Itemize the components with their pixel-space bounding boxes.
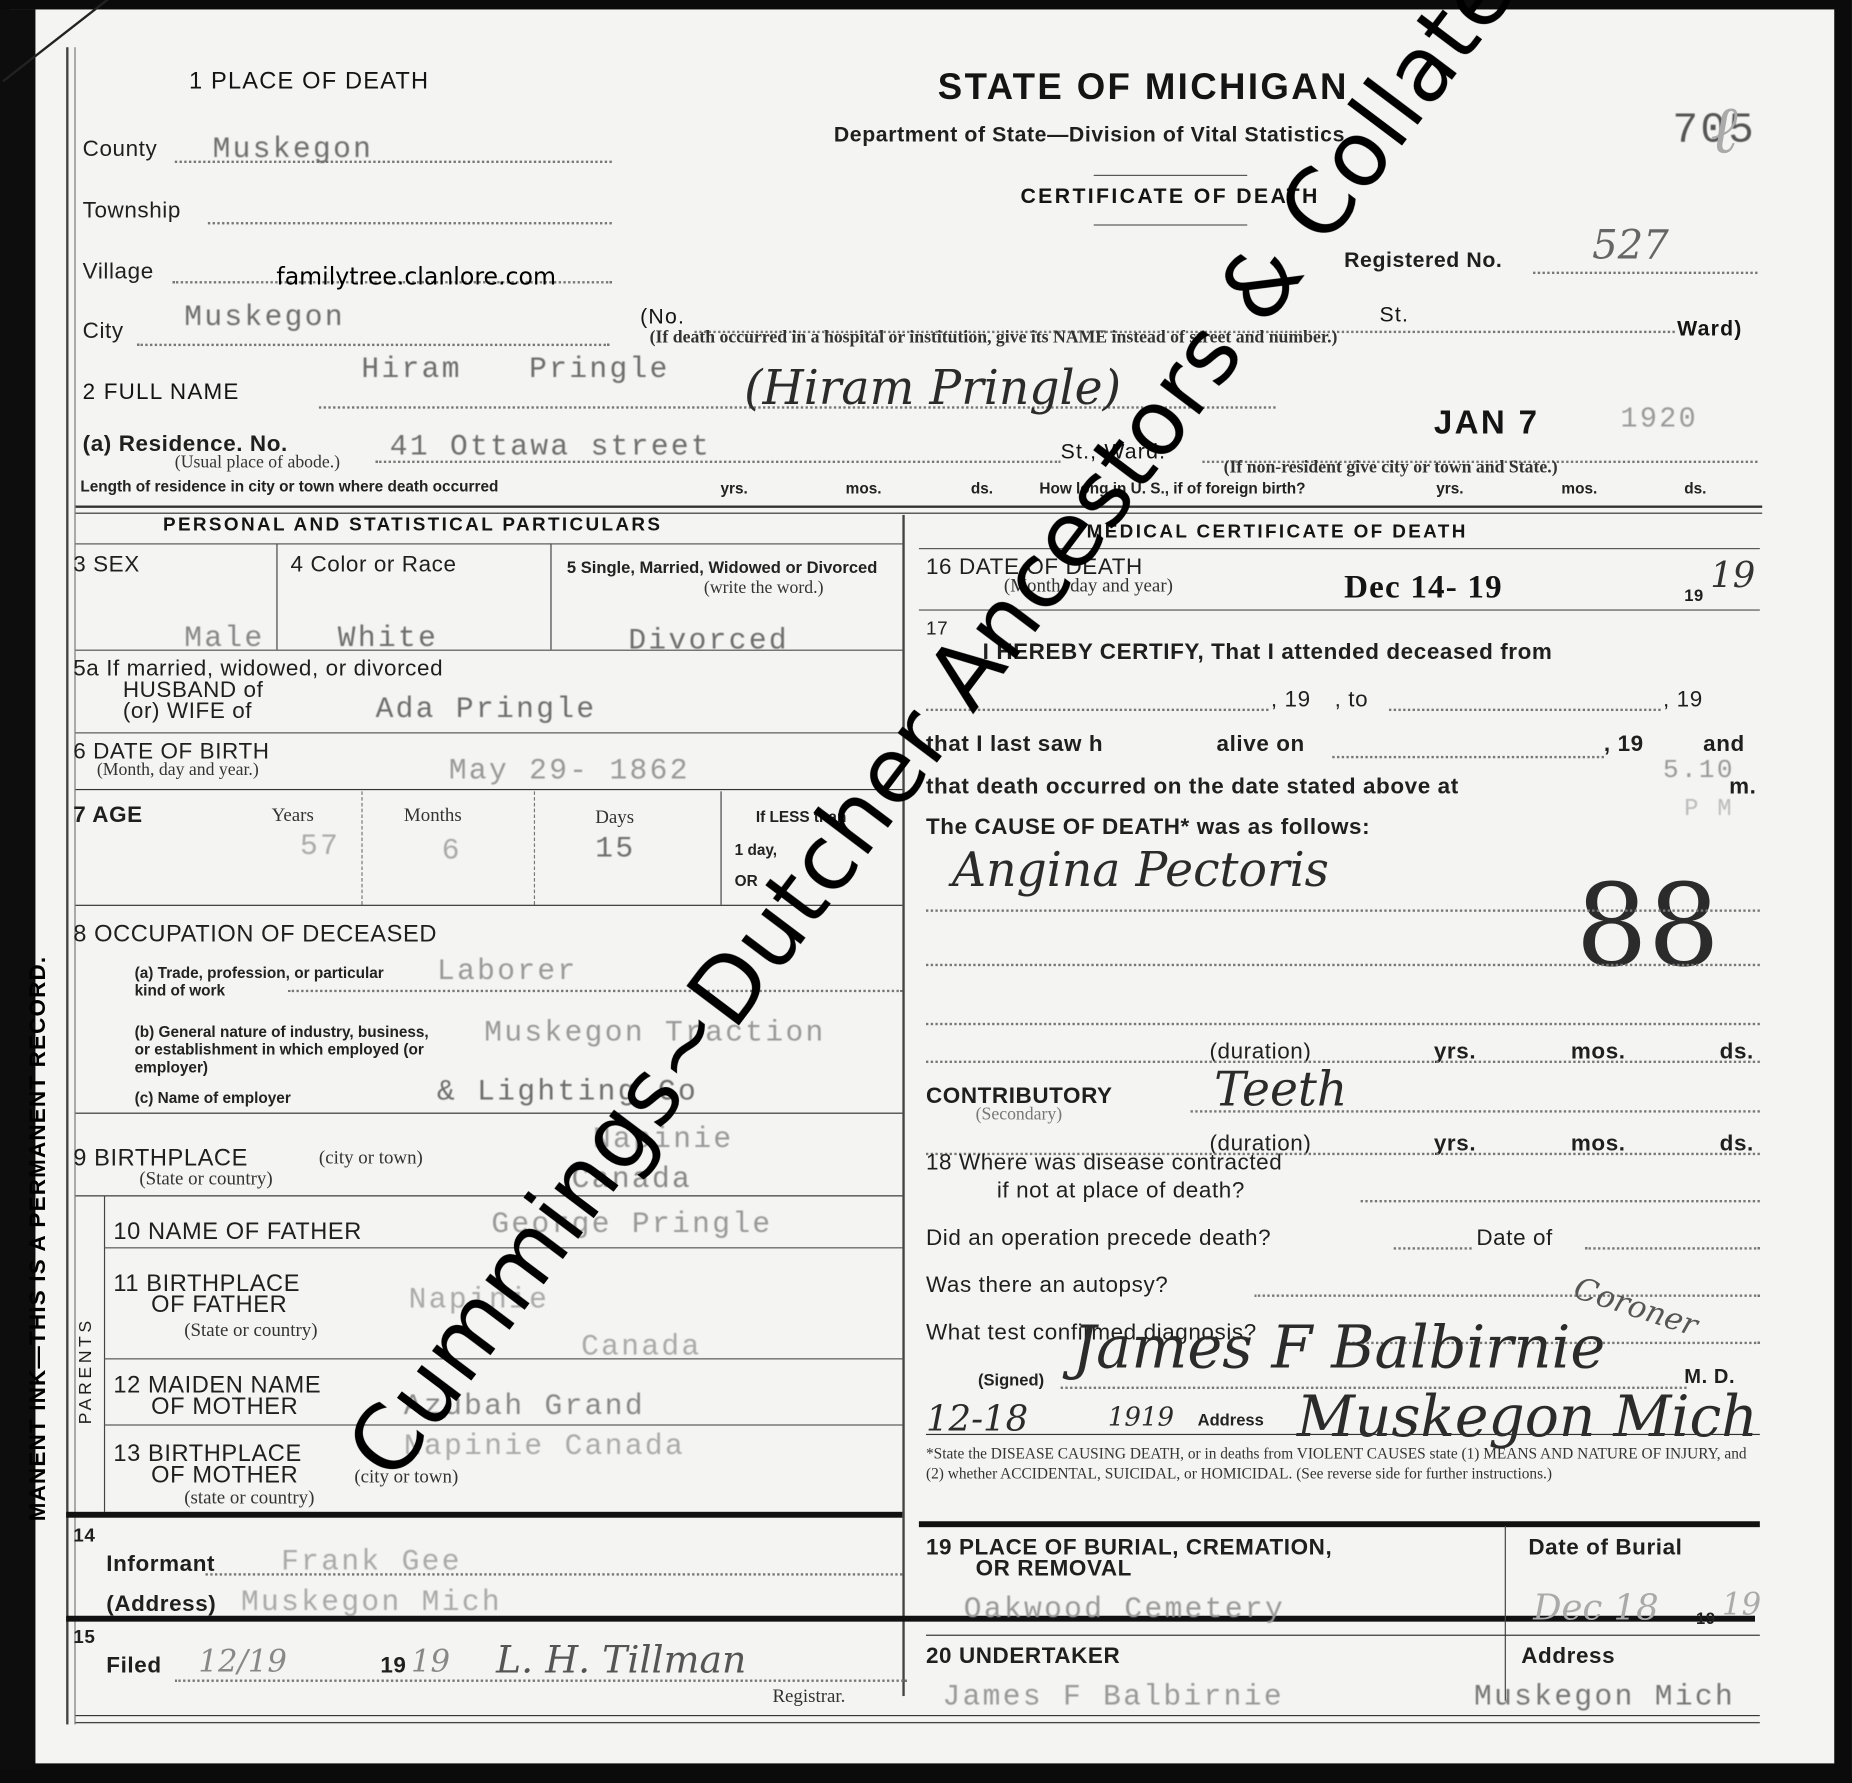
undertaker-address-label: Address [1521,1644,1615,1670]
parents-label: PARENTS [76,1317,96,1424]
age-label: 7 AGE [73,803,142,829]
registrar-label: Registrar. [772,1687,845,1708]
residence-value: 41 Ottawa street [390,430,711,464]
death-certificate: MANENT INK—THIS IS A PERMANENT RECORD. 1… [9,9,1834,1763]
contributory-line [1191,1110,1760,1112]
spouse-row-rule [76,732,903,733]
sign-address-value: Muskegon Mich [1297,1384,1758,1450]
personal-rule [76,543,903,544]
operation-label: Did an operation precede death? [926,1226,1271,1252]
occ-b-label: (b) General nature of industry, business… [135,1023,444,1076]
age-div-3 [720,791,721,904]
informant-address-label: (Address) [106,1592,216,1618]
alive-on-label: alive on [1217,732,1305,758]
city-line [137,344,609,346]
medical-section-title: MEDICAL CERTIFICATE OF DEATH [1087,522,1468,543]
autopsy-label: Was there an autopsy? [926,1273,1168,1299]
burial-divider [1505,1526,1506,1701]
age-years-value: 57 [300,829,340,863]
death-occurred-label: that death occurred on the date stated a… [926,775,1459,801]
registered-no-line [1533,272,1757,274]
length-label: Length of residence in city or town wher… [80,477,498,495]
stamp-flourish: ℓ [1710,92,1738,169]
received-stamp-year: 1920 [1620,404,1697,436]
us-ds: ds. [1684,480,1706,498]
bottom-rule-1 [76,1715,1760,1716]
burial-year-suffix: 19 [1722,1587,1761,1622]
township-label: Township [83,198,181,224]
item18-line [1361,1200,1760,1202]
age-days-label: Days [595,808,634,829]
father-bp-label-2: OF FATHER [151,1292,287,1319]
cause-line-1 [926,909,1760,911]
county-value: Muskegon [213,132,374,166]
to-label: , to [1335,687,1369,713]
autopsy-line [1254,1294,1760,1296]
cause-line-2 [926,964,1760,966]
st-label: St. [1380,302,1410,327]
burial-label-2: OR REMOVAL [976,1557,1132,1583]
site-watermark: familytree.clanlore.com [276,262,556,290]
spouse-value: Ada Pringle [376,692,597,726]
dod-year-suffix: 19 [1710,555,1755,596]
signed-label: (Signed) [978,1370,1044,1389]
spouse-label-3: (or) WIFE of [123,699,252,725]
dob-sub: (Month, day and year.) [97,761,259,781]
birthplace-sub-1: (city or town) [319,1148,423,1169]
contributory-sub: (Secondary) [976,1106,1063,1126]
bottom-rule-2 [76,1722,1760,1723]
item18-label: 18 Where was disease contracted [926,1150,1282,1176]
full-name-typed: Hiram Pringle [361,352,669,386]
occ-a-value: Laborer [437,954,578,988]
margin-text: MANENT INK—THIS IS A PERMANENT RECORD. [26,956,52,1522]
age-years-label: Years [272,806,314,827]
time-value: 5.10 [1663,756,1735,786]
am-pm-value: P M [1684,796,1734,823]
length-mos: mos. [846,480,882,498]
sex-divider [276,543,277,649]
occ-a-line [288,990,902,992]
length-yrs: yrs. [720,480,747,498]
occ-row-rule [76,1113,903,1114]
footnote: *State the DISEASE CAUSING DEATH, or in … [926,1443,1760,1483]
county-label: County [83,137,158,163]
full-name-handwritten: (Hiram Pringle) [744,361,1121,415]
birthplace-row-rule [76,1195,903,1196]
state-title: STATE OF MICHIGAN [938,66,1349,109]
dod-value: Dec 14- 19 [1344,569,1503,607]
section-rule-2 [76,513,1763,514]
filed-line [175,1680,907,1682]
sign-year: 1919 [1108,1403,1174,1433]
informant-address-value: Muskegon Mich [241,1585,502,1619]
city-value: Muskegon [184,300,345,334]
age-months-value: 6 [442,834,462,868]
occ-c-label: (c) Name of employer [135,1089,291,1107]
left-border [66,47,68,1724]
informant-value: Frank Gee [281,1545,462,1579]
undertaker-address-value: Muskegon Mich [1474,1680,1735,1714]
city-label: City [83,319,124,345]
certify-text: I HEREBY CERTIFY, That I attended deceas… [983,640,1553,666]
alive-19: , 19 [1604,732,1644,758]
filed-date: 12/19 [198,1644,287,1679]
cause-label: The CAUSE OF DEATH* was as follows: [926,815,1370,841]
us-mos: mos. [1561,480,1597,498]
mother-bp-sub-2: (state or country) [184,1488,314,1509]
department-line: Department of State—Division of Vital St… [834,123,1345,148]
father-label: 10 NAME OF FATHER [113,1219,361,1246]
title-rule-bottom [1094,224,1248,225]
no-label: (No. [640,305,685,330]
operation-line [1394,1247,1472,1249]
sign-address-line [926,1434,1760,1435]
received-stamp-date: JAN 7 [1434,404,1540,442]
dob-value: May 29- 1862 [449,754,690,788]
township-line [208,222,612,224]
age-months-label: Months [404,806,462,827]
filed-rule [66,1616,1755,1622]
cause-value: Angina Pectoris [952,843,1329,897]
filed-year-suffix: 19 [411,1644,450,1679]
mother-bp-label-2: OF MOTHER [151,1462,298,1489]
from-19: , 19 [1271,687,1311,713]
marital-label: 5 Single, Married, Widowed or Divorced [567,557,898,576]
title-rule-top [1094,175,1248,176]
village-label: Village [83,260,154,286]
sex-label: 3 SEX [73,553,140,579]
burial-date-label: Date of Burial [1528,1535,1682,1561]
residence-sub: (Usual place of abode.) [175,454,340,474]
and-label: and [1703,732,1745,758]
left-border-inner [74,47,75,1724]
parents-divider [104,1195,105,1512]
registered-no-label: Registered No. [1344,248,1502,273]
dod-year-prefix: 19 [1684,586,1704,605]
contributory-value: Teeth [1214,1063,1347,1117]
personal-section-title: PERSONAL AND STATISTICAL PARTICULARS [163,515,662,536]
burial-year-prefix: 19 [1696,1609,1716,1628]
undertaker-label: 20 UNDERTAKER [926,1644,1120,1670]
length-ds: ds. [971,480,993,498]
document-stage: MANENT INK—THIS IS A PERMANENT RECORD. 1… [0,0,1852,1783]
age-days-value: 15 [595,831,635,865]
filed-year-prefix: 19 [380,1654,406,1680]
registered-no-value: 527 [1592,222,1669,269]
nonresident-note: (If non-resident give city or town and S… [1224,458,1558,478]
burial-value: Oakwood Cemetery [964,1592,1285,1626]
to-19: , 19 [1663,687,1703,713]
place-of-death-heading: 1 PLACE OF DEATH [189,69,429,96]
occupation-label: 8 OCCUPATION OF DECEASED [73,921,437,948]
signed-value: James F Balbirnie [1072,1313,1605,1382]
ward-label: Ward) [1677,317,1742,342]
cause-line-3 [926,1023,1760,1025]
filed-label: Filed [106,1654,161,1680]
full-name-label: 2 FULL NAME [83,380,240,406]
race-label: 4 Color or Race [291,553,457,579]
to-line [1389,709,1661,711]
section-rule-1 [76,506,1763,508]
father-bp-sub-2: (State or country) [184,1320,317,1341]
occ-a-label: (a) Trade, profession, or particular kin… [135,964,395,999]
burial-date-value: Dec 18 [1533,1587,1659,1628]
dob-row-rule [76,789,903,790]
date-of-line [1585,1247,1760,1249]
undertaker-value: James F Balbirnie [943,1680,1284,1714]
mother-row-rule [104,1424,902,1425]
filed-num: 15 [73,1628,95,1649]
cause-code: 88 [1576,860,1720,992]
us-yrs: yrs. [1436,480,1463,498]
informant-num: 14 [73,1526,95,1547]
alive-line [1332,756,1604,758]
age-div-2 [534,791,535,904]
informant-rule [66,1512,902,1518]
date-of-label: Date of [1476,1226,1552,1252]
sign-address-label: Address [1198,1410,1264,1429]
age-div-1 [361,791,362,904]
burial-rule [919,1521,1760,1527]
marital-value: Divorced [628,624,789,658]
sex-row-rule [76,650,903,651]
marital-sub: (write the word.) [704,579,824,599]
birthplace-sub-2: (State or country) [139,1169,272,1190]
race-divider [550,543,551,649]
informant-label: Informant [106,1552,215,1578]
mother-label-2: OF MOTHER [151,1394,298,1421]
burial-row-rule [926,1635,1760,1636]
registrar-signature: L. H. Tillman [496,1637,746,1682]
item18-sub: if not at place of death? [997,1179,1245,1205]
